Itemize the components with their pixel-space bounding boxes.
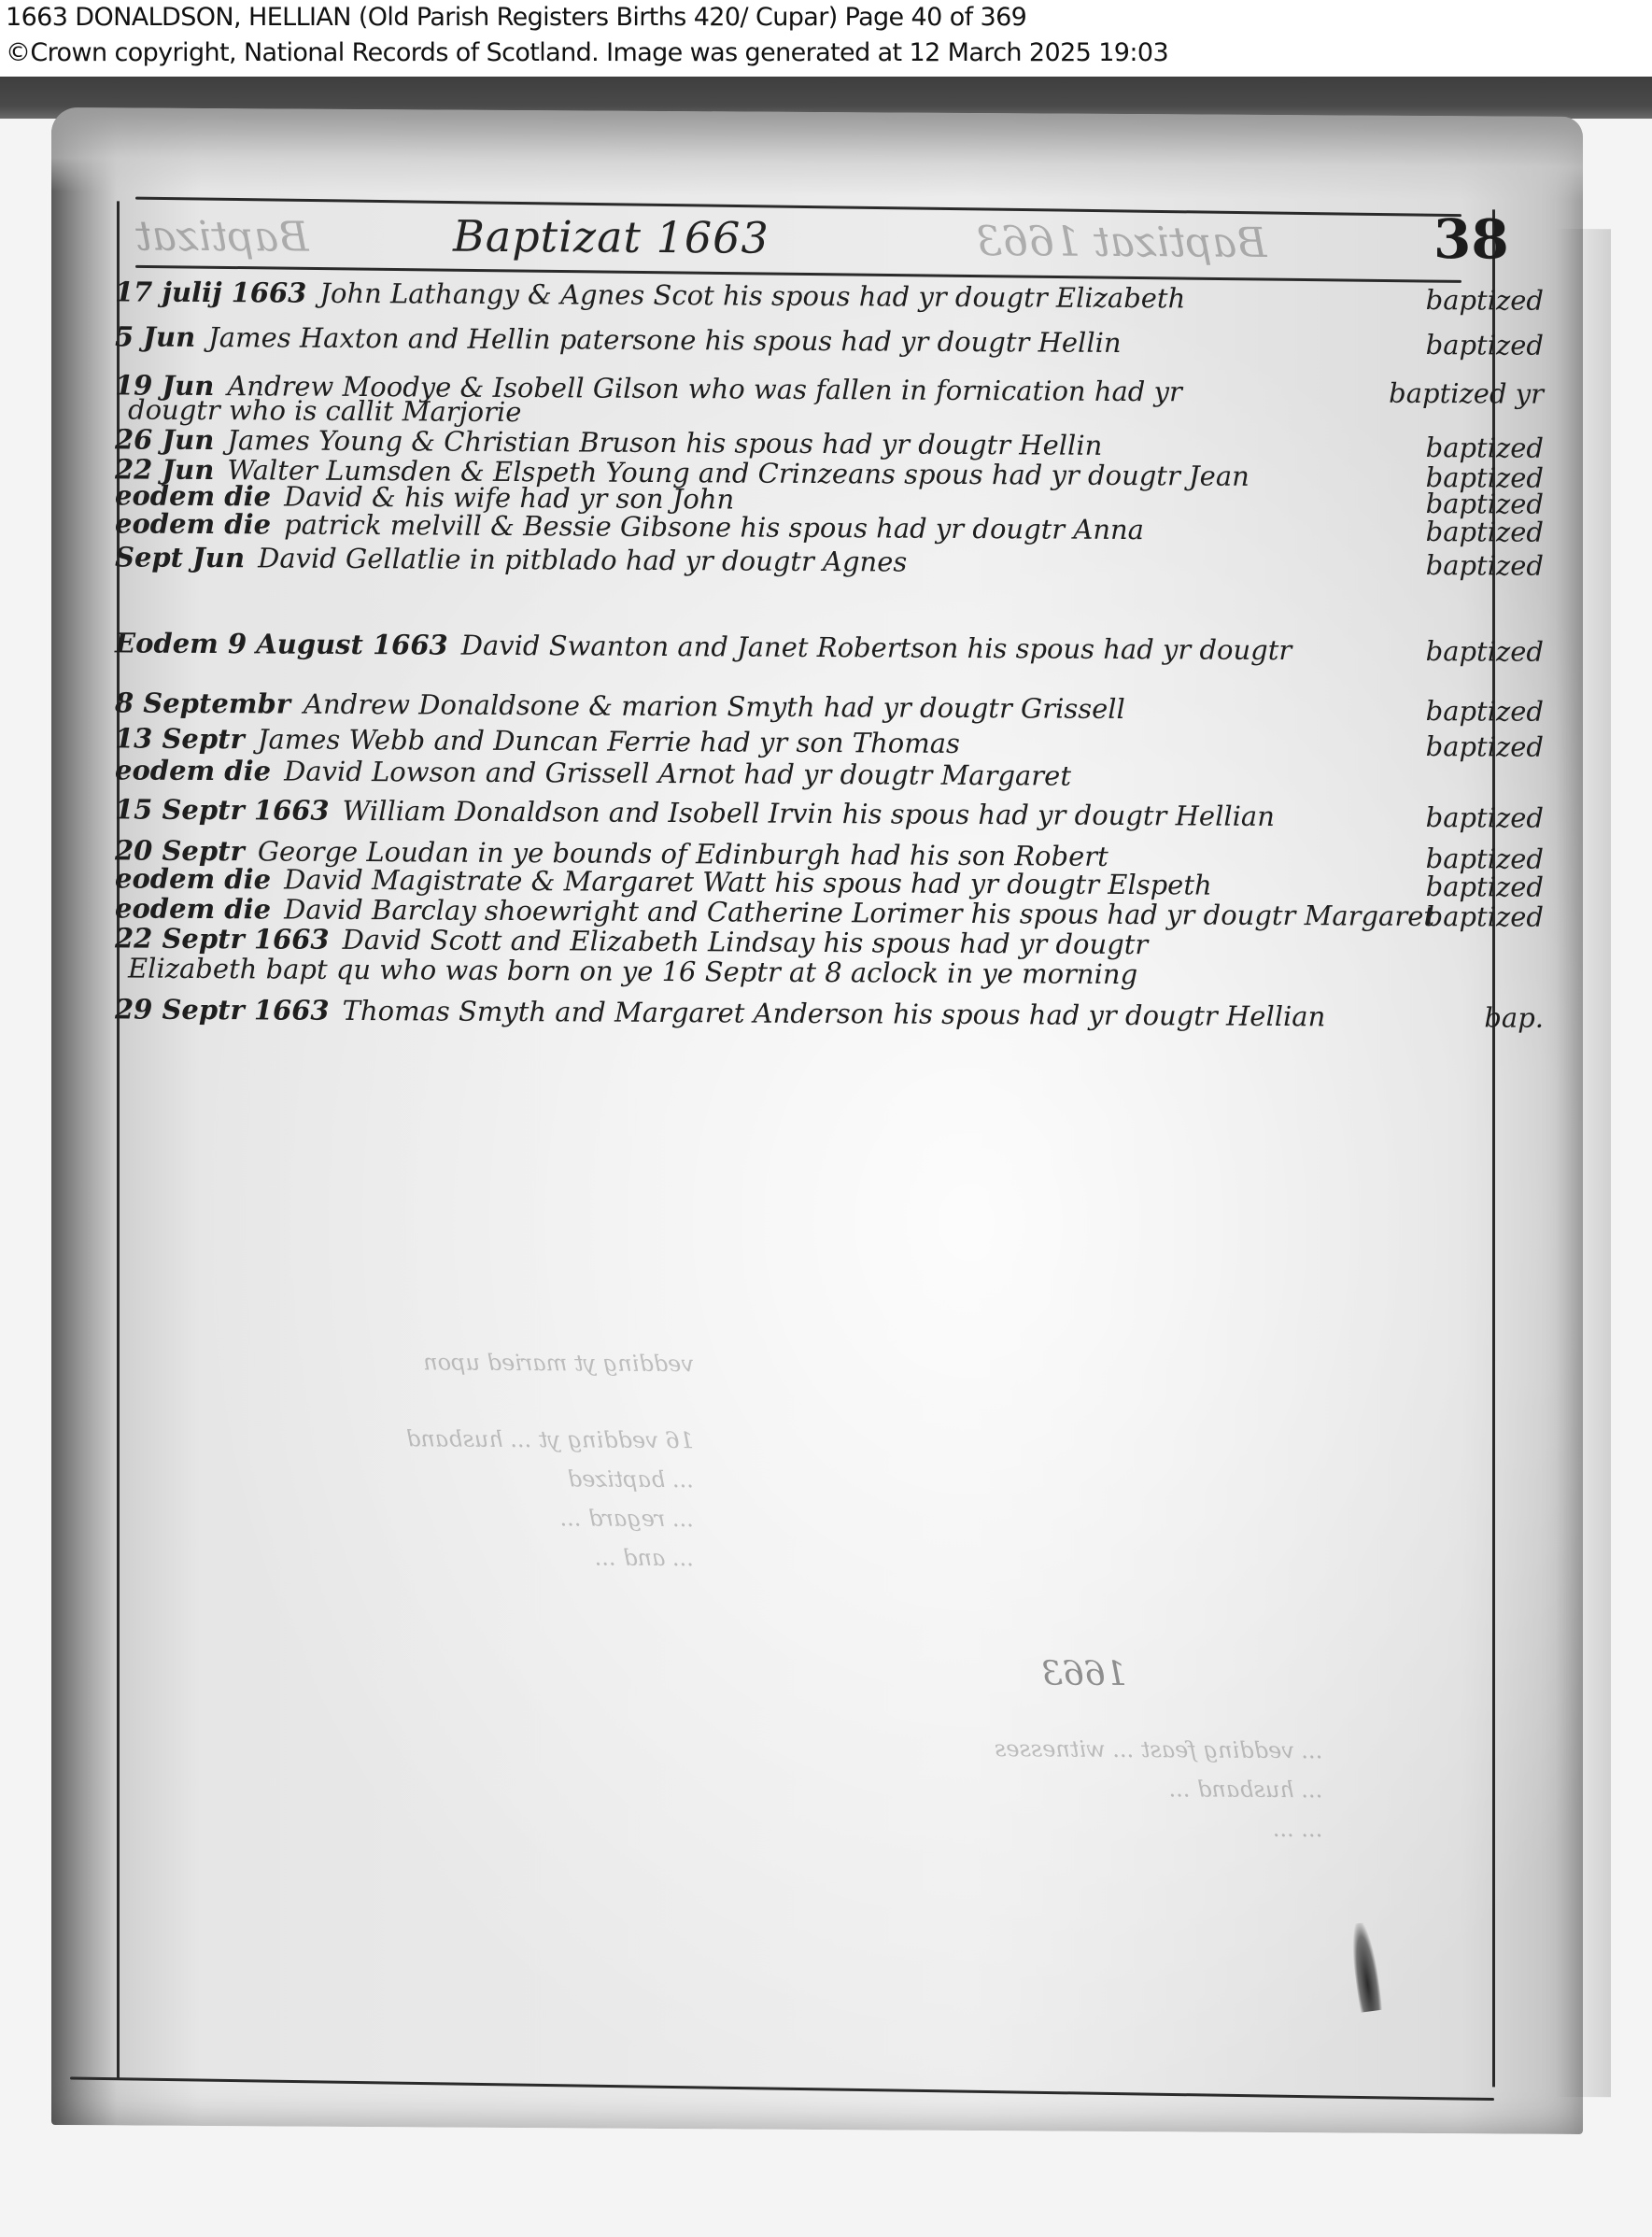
heading-rule-top (135, 197, 1461, 218)
bleed-through-year: 1663 (1041, 1654, 1127, 1694)
baptism-entries: 17 julij 1663John Lathangy & Agnes Scot … (115, 276, 1572, 920)
bottom-rule (70, 2076, 1494, 2101)
entry-row: 17 julij 1663John Lathangy & Agnes Scot … (115, 276, 1572, 317)
record-title: 1663 DONALDSON, HELLIAN (Old Parish Regi… (6, 0, 1649, 35)
ink-blot (1348, 1921, 1383, 2012)
register-page: Baptizat Baptizat 1663 Baptizat 1663 38 … (51, 107, 1583, 2134)
bleed-through-text: vedding yt maried upon 16 vedding yt ...… (406, 1342, 694, 1578)
entry-row: 8 SeptembrAndrew Donaldsone & marion Smy… (115, 687, 1572, 728)
copyright-notice: ©Crown copyright, National Records of Sc… (6, 35, 1649, 71)
entry-row: 5 JunJames Haxton and Hellin patersone h… (115, 320, 1572, 361)
scanned-register-image: Baptizat Baptizat 1663 Baptizat 1663 38 … (0, 77, 1652, 2237)
register-heading: Baptizat 1663 (453, 211, 770, 263)
entry-row: 29 Septr 1663Thomas Smyth and Margaret A… (115, 993, 1572, 1034)
entry-row-donaldson: 15 Septr 1663William Donaldson and Isobe… (115, 793, 1572, 834)
entry-row: Sept JunDavid Gellatlie in pitblado had … (115, 541, 1572, 582)
record-caption: 1663 DONALDSON, HELLIAN (Old Parish Regi… (6, 0, 1649, 71)
entry-row: Eodem 9 August 1663David Swanton and Jan… (115, 627, 1572, 668)
folio-number: 38 (1433, 207, 1509, 271)
